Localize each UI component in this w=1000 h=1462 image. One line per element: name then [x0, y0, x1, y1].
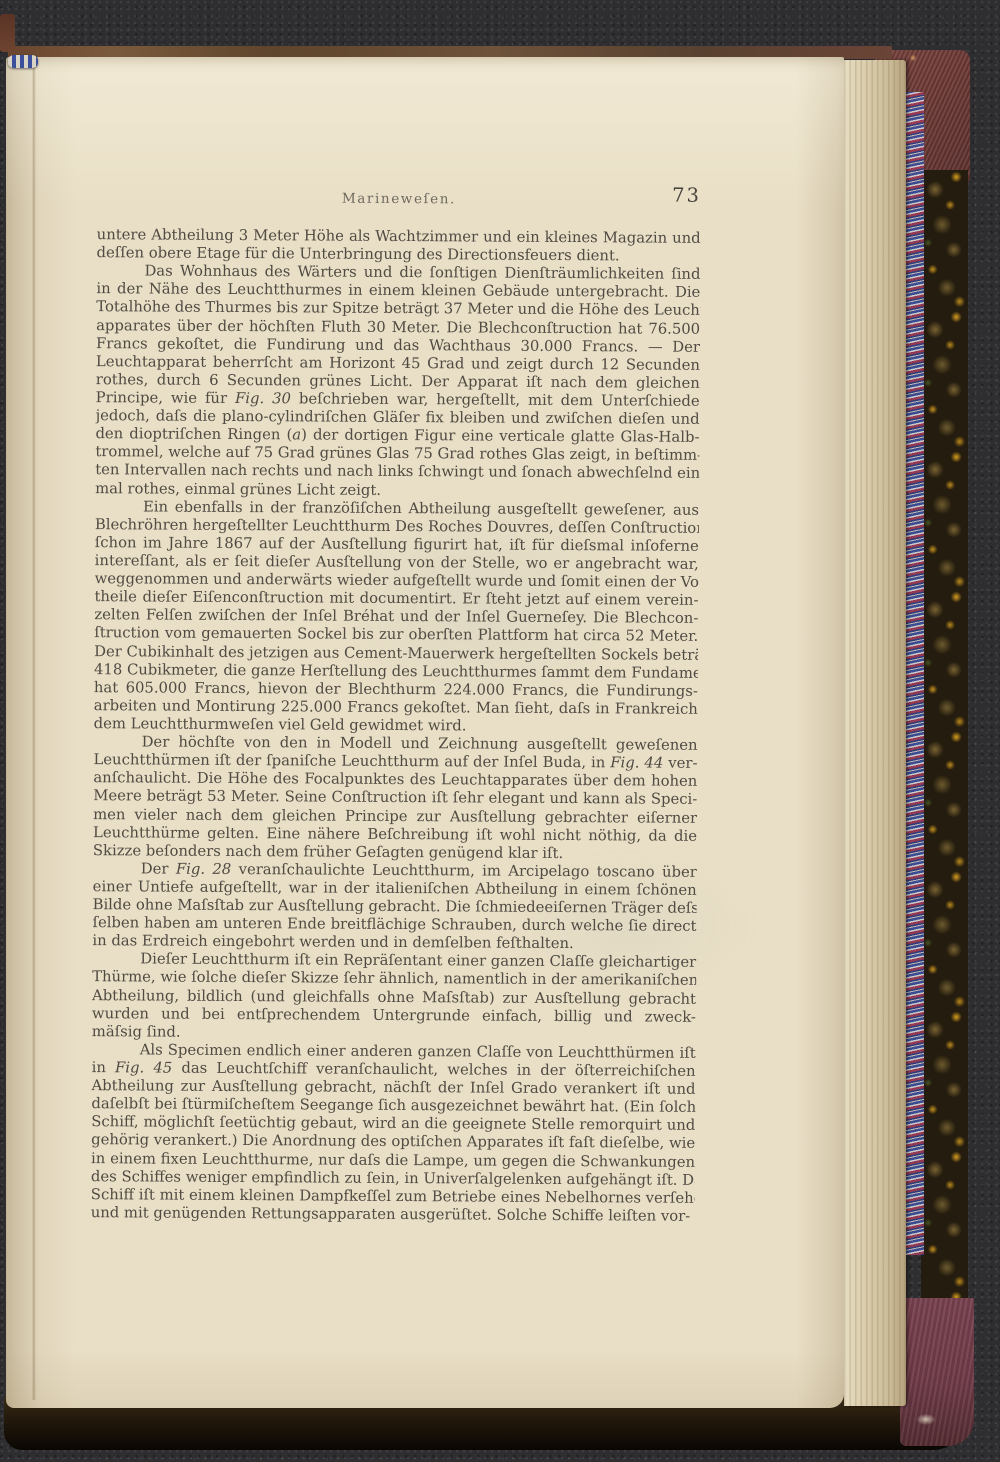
- page-stack-edge: [844, 60, 906, 1406]
- spine-headband: [8, 55, 38, 68]
- body-text: untere Abtheilung 3 Meter Höhe als Wacht…: [91, 226, 701, 1226]
- gutter-shadow: [32, 60, 36, 1400]
- paragraph: Der Fig. 28 veranſchaulichte Leuchtthurm…: [92, 860, 697, 954]
- page-header: Marineweſen. 73: [97, 184, 701, 218]
- paragraph: Ein ebenfalls in der franzöſiſchen Abthe…: [94, 498, 699, 737]
- running-head-title: Marineweſen.: [97, 184, 701, 209]
- paragraph: Der höchſte von den in Modell und Zeichn…: [93, 733, 698, 863]
- page-number: 73: [672, 184, 701, 207]
- paragraph: Als Specimen endlich einer anderen ganze…: [91, 1041, 696, 1226]
- back-cover-corner-bottom: [900, 1298, 974, 1446]
- marbled-cover-edge: [921, 170, 968, 1307]
- spine-fragment: [0, 14, 15, 52]
- text-line: und mit genügenden Rettungsapparaten aus…: [91, 1204, 695, 1226]
- text-line: wurden und bei entſprechendem Untergrund…: [92, 1005, 696, 1027]
- page-content: Marineweſen. 73 untere Abtheilung 3 Mete…: [91, 184, 701, 1226]
- endpaper-marbled-edge: [904, 92, 924, 1255]
- paragraph: Das Wohnhaus des Wärters und die ſonſtig…: [95, 262, 700, 501]
- book-photo: Marineweſen. 73 untere Abtheilung 3 Mete…: [0, 0, 1000, 1462]
- paragraph: Dieſer Leuchtthurm iſt ein Repräſentant …: [92, 951, 697, 1045]
- paragraph: untere Abtheilung 3 Meter Höhe als Wacht…: [97, 226, 701, 266]
